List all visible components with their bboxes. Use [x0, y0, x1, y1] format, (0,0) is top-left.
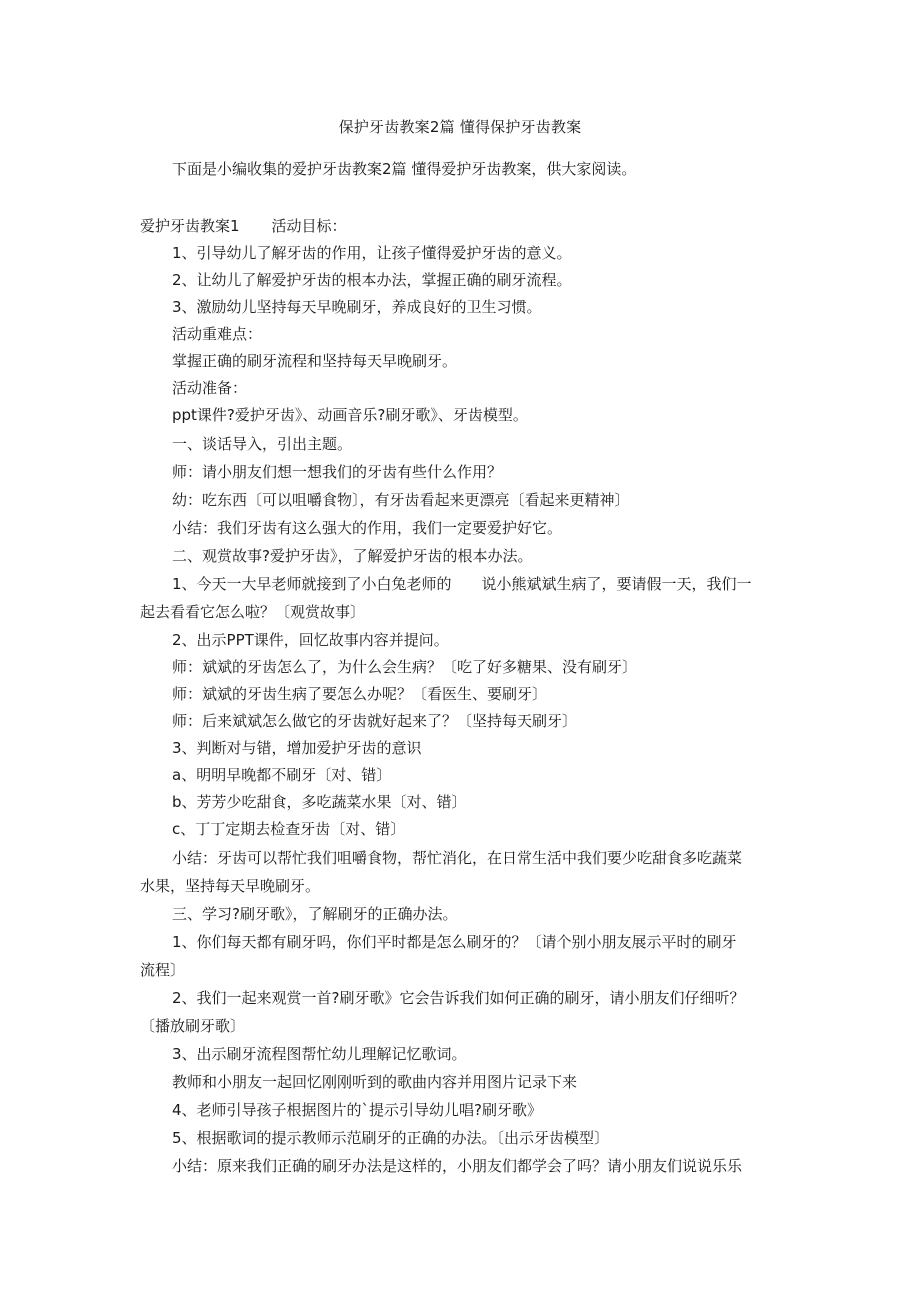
- paragraph-line: 师：斌斌的牙齿怎么了，为什么会生病？〔吃了好多糖果、没有刷牙〕: [172, 656, 637, 678]
- intro-paragraph: 下面是小编收集的爱护牙齿教案2篇 懂得爱护牙齿教案，供大家阅读。: [172, 158, 636, 180]
- section-subheading: 活动目标：: [272, 217, 347, 235]
- paragraph-line: 4、老师引导孩子根据图片的`提示引导幼儿唱?刷牙歌》: [172, 1099, 542, 1121]
- preparation-heading: 活动准备：: [172, 377, 247, 399]
- paragraph-line: 师：斌斌的牙齿生病了要怎么办呢？〔看医生、要刷牙〕: [172, 683, 547, 705]
- preparation-text: ppt课件?爱护牙齿》、动画音乐?刷牙歌》、牙齿模型。: [172, 404, 528, 426]
- step-3-heading: 三、学习?刷牙歌》，了解刷牙的正确办法。: [172, 903, 457, 925]
- paragraph-line: 小结：牙齿可以帮忙我们咀嚼食物，帮忙消化，在日常生活中我们要少吃甜食多吃蔬菜: [172, 847, 742, 869]
- paragraph-line: 师：后来斌斌怎么做它的牙齿就好起来了？〔坚持每天刷牙〕: [172, 710, 577, 732]
- quiz-item-c: c、丁丁定期去检查牙齿〔对、错〕: [172, 818, 405, 840]
- paragraph-line: 师：请小朋友们想一想我们的牙齿有些什么作用？: [172, 461, 502, 483]
- objective-2: 2、让幼儿了解爱护牙齿的根本办法，掌握正确的刷牙流程。: [172, 269, 572, 291]
- document-title: 保护牙齿教案2篇 懂得保护牙齿教案: [0, 116, 920, 138]
- paragraph-line: 小结：我们牙齿有这么强大的作用，我们一定要爱护好它。: [172, 517, 562, 539]
- paragraph-line: 2、出示PPT课件，回忆故事内容并提问。: [172, 629, 449, 651]
- key-points-heading: 活动重难点：: [172, 323, 262, 345]
- paragraph-line: 1、今天一大早老师就接到了小白兔老师的 说小熊斌斌生病了，要请假一天，我们一: [172, 573, 752, 595]
- quiz-item-a: a、明明早晚都不刷牙〔对、错〕: [172, 764, 391, 786]
- key-points-text: 掌握正确的刷牙流程和坚持每天早晚刷牙。: [172, 350, 457, 372]
- paragraph-line: 〔播放刷牙歌〕: [140, 1015, 245, 1037]
- step-2-heading: 二、观赏故事?爱护牙齿》，了解爱护牙齿的根本办法。: [172, 545, 532, 567]
- paragraph-line: 流程〕: [140, 959, 185, 981]
- section-heading: 爱护牙齿教案1: [140, 217, 240, 235]
- paragraph-line: 起去看看它怎么啦？〔观赏故事〕: [140, 601, 365, 623]
- document-page: 保护牙齿教案2篇 懂得保护牙齿教案 下面是小编收集的爱护牙齿教案2篇 懂得爱护牙…: [0, 0, 920, 1302]
- paragraph-line: 5、根据歌词的提示教师示范刷牙的正确的办法。〔出示牙齿模型〕: [172, 1127, 609, 1149]
- section-heading-row: 爱护牙齿教案1活动目标：: [140, 215, 347, 237]
- objective-1: 1、引导幼儿了解牙齿的作用，让孩子懂得爱护牙齿的意义。: [172, 242, 572, 264]
- paragraph-line: 1、你们每天都有刷牙吗，你们平时都是怎么刷牙的？〔请个别小朋友展示平时的刷牙: [172, 931, 737, 953]
- paragraph-line: 水果，坚持每天早晚刷牙。: [140, 875, 320, 897]
- step-1-heading: 一、谈话导入，引出主题。: [172, 433, 352, 455]
- objective-3: 3、激励幼儿坚持每天早晚刷牙，养成良好的卫生习惯。: [172, 296, 542, 318]
- paragraph-line: 3、出示刷牙流程图帮忙幼儿理解记忆歌词。: [172, 1043, 467, 1065]
- paragraph-line: 小结：原来我们正确的刷牙办法是这样的，小朋友们都学会了吗？请小朋友们说说乐乐: [172, 1155, 742, 1177]
- quiz-item-b: b、芳芳少吃甜食，多吃蔬菜水果〔对、错〕: [172, 791, 467, 813]
- paragraph-line: 幼：吃东西〔可以咀嚼食物〕，有牙齿看起来更漂亮〔看起来更精神〕: [172, 489, 630, 511]
- paragraph-line: 2、我们一起来观赏一首?刷牙歌》它会告诉我们如何正确的刷牙，请小朋友们仔细听？: [172, 987, 745, 1009]
- paragraph-line: 教师和小朋友一起回忆刚刚听到的歌曲内容并用图片记录下来: [172, 1071, 577, 1093]
- paragraph-line: 3、判断对与错，增加爱护牙齿的意识: [172, 737, 422, 759]
